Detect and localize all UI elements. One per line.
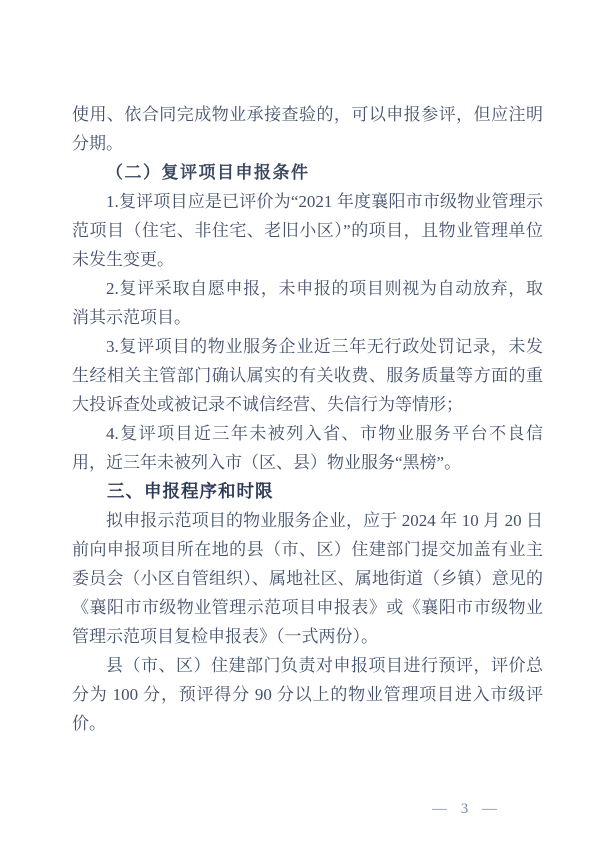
paragraph-pre-evaluation: 县（市、区）住建部门负责对申报项目进行预评，评价总分为 100 分，预评得分 9… bbox=[72, 651, 543, 738]
scanned-document-page: 使用、依合同完成物业承接查验的，可以申报参评，但应注明分期。 （二）复评项目申报… bbox=[0, 0, 600, 848]
paragraph-application-procedure: 拟申报示范项目的物业服务企业，应于 2024 年 10 月 20 日前向申报项目… bbox=[72, 506, 543, 651]
list-item-1: 1.复评项目应是已评价为“2021 年度襄阳市市级物业管理示范项目（住宅、非住宅… bbox=[72, 187, 543, 274]
section-heading-application-procedure: 三、申报程序和时限 bbox=[72, 477, 543, 506]
subsection-heading-reevaluation-conditions: （二）复评项目申报条件 bbox=[72, 158, 543, 187]
document-text-block: 使用、依合同完成物业承接查验的，可以申报参评，但应注明分期。 （二）复评项目申报… bbox=[72, 100, 543, 738]
list-item-4: 4.复评项目近三年未被列入省、市物业服务平台不良信用，近三年未被列入市（区、县）… bbox=[72, 419, 543, 477]
list-item-2: 2.复评采取自愿申报，未申报的项目则视为自动放弃，取消其示范项目。 bbox=[72, 274, 543, 332]
list-item-3: 3.复评项目的物业服务企业近三年无行政处罚记录，未发生经相关主管部门确认属实的有… bbox=[72, 332, 543, 419]
page-number: — 3 — bbox=[432, 801, 502, 818]
paragraph-continued-from-previous-page: 使用、依合同完成物业承接查验的，可以申报参评，但应注明分期。 bbox=[72, 100, 543, 158]
